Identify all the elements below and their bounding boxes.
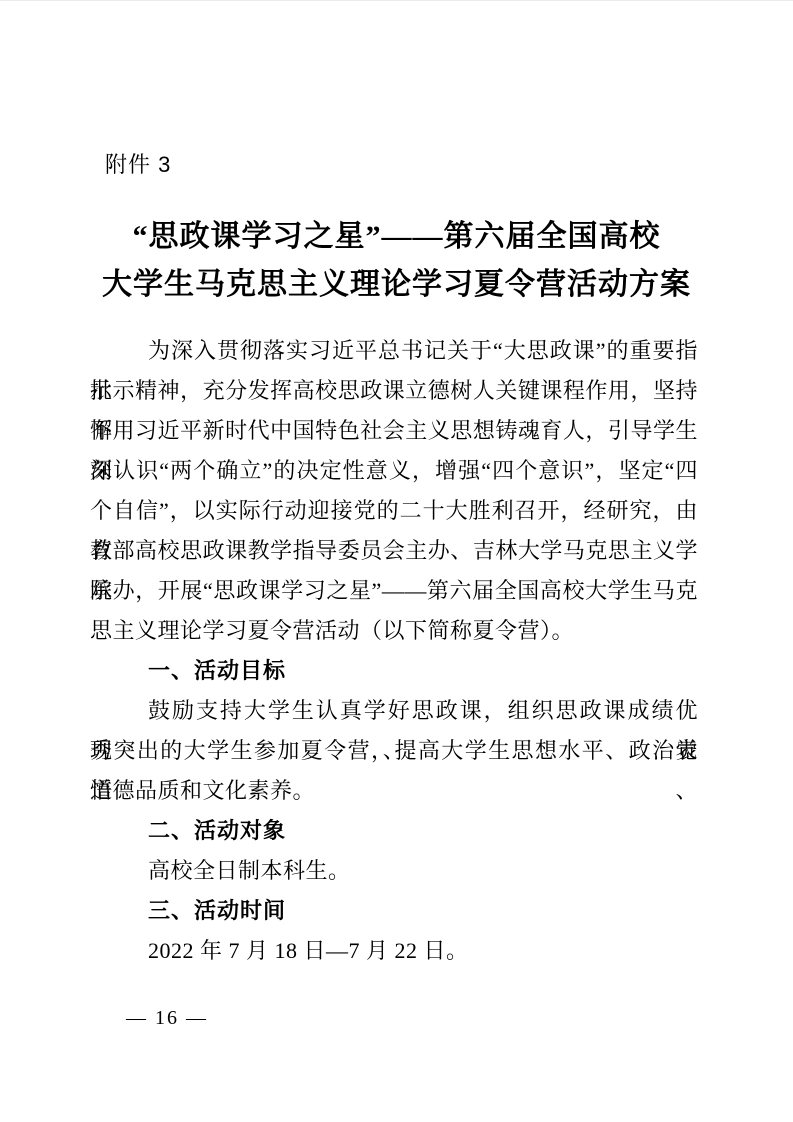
document-title-line-2: 大学生马克思主义理论学习夏令营活动方案 — [60, 261, 733, 309]
body-line: 批示精神，充分发挥高校思政课立德树人关键课程作用，坚持不 — [90, 371, 698, 411]
body-line: 现突出的大学生参加夏令营，提高大学生思想水平、政治觉悟、 — [90, 731, 698, 771]
body-line: 个自信”，以实际行动迎接党的二十大胜利召开，经研究，由教 — [90, 491, 698, 531]
body-line: 鼓励支持大学生认真学好思政课，组织思政课成绩优秀、表 — [90, 691, 698, 731]
section-heading-goals: 一、活动目标 — [90, 651, 698, 691]
document-body: 为深入贯彻落实习近平总书记关于“大思政课”的重要指示 批示精神，充分发挥高校思政… — [90, 331, 698, 971]
body-line: 承办，开展“思政课学习之星”——第六届全国高校大学生马克 — [90, 571, 698, 611]
body-line: 育部高校思政课教学指导委员会主办、吉林大学马克思主义学院 — [90, 531, 698, 571]
body-line: 为深入贯彻落实习近平总书记关于“大思政课”的重要指示 — [90, 331, 698, 371]
body-line: 刻认识“两个确立”的决定性意义，增强“四个意识”，坚定“四 — [90, 451, 698, 491]
section-heading-participants: 二、活动对象 — [90, 811, 698, 851]
attachment-label: 附件 3 — [105, 151, 171, 179]
page-number: — 16 — — [126, 1005, 208, 1031]
document-page: 附件 3 “思政课学习之星”——第六届全国高校 大学生马克思主义理论学习夏令营活… — [0, 0, 793, 1122]
section-heading-schedule: 三、活动时间 — [90, 891, 698, 931]
body-line: 懈用习近平新时代中国特色社会主义思想铸魂育人，引导学生深 — [90, 411, 698, 451]
body-line: 思主义理论学习夏令营活动（以下简称夏令营）。 — [90, 611, 698, 651]
body-line: 2022 年 7 月 18 日—7 月 22 日。 — [90, 931, 698, 971]
document-title-line-1: “思政课学习之星”——第六届全国高校 — [60, 213, 733, 261]
document-title: “思政课学习之星”——第六届全国高校 大学生马克思主义理论学习夏令营活动方案 — [60, 213, 733, 309]
body-line: 高校全日制本科生。 — [90, 851, 698, 891]
